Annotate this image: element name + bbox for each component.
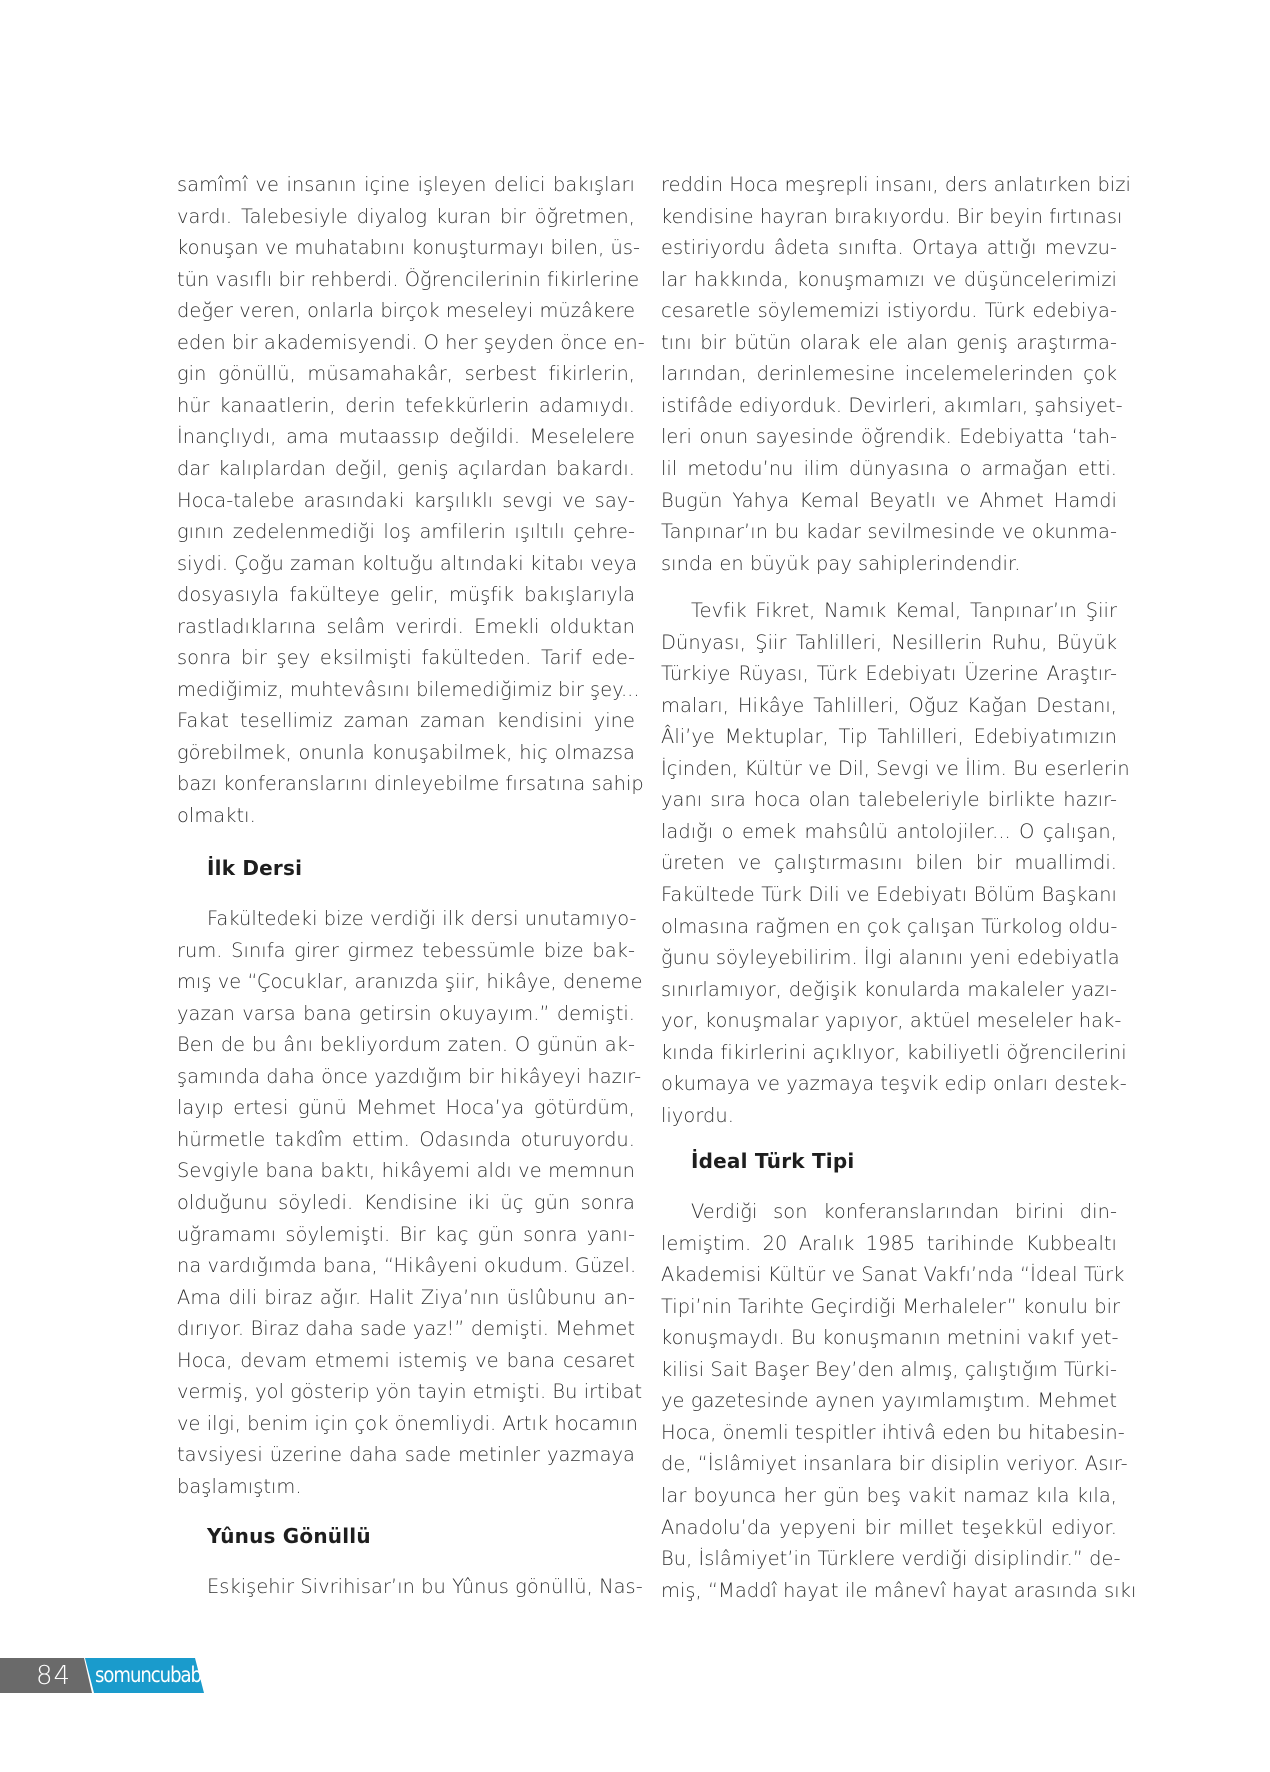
paragraph-line: lemiştim. 20 Aralık 1985 tarihinde Kubbe… — [661, 1228, 1117, 1259]
paragraph-line: ladığı o emek mahsûlü antolojiler... O ç… — [661, 816, 1117, 847]
paragraph-line: lar boyunca her gün beş vakit namaz kıla… — [661, 1480, 1117, 1511]
paragraph-line: sonra bir şey eksilmişti fakülteden. Tar… — [177, 642, 635, 673]
paragraph-line: Fakat tesellimiz zaman zaman kendisini y… — [177, 705, 635, 736]
paragraph-line: sınırlamıyor, değişik konularda makalele… — [661, 974, 1117, 1005]
paragraph-line: Anadolu’da yepyeni bir millet teşekkül e… — [661, 1512, 1117, 1543]
paragraph-line: Tipi’nin Tarihte Geçirdiği Merhaleler” k… — [661, 1291, 1117, 1322]
paragraph-line: Fakültedeki bize verdiği ilk dersi unuta… — [177, 903, 635, 934]
paragraph-line: reddin Hoca meşrepli insanı, ders anlatı… — [661, 169, 1117, 200]
paragraph-line: vardı. Talebesiyle diyalog kuran bir öğr… — [177, 201, 635, 232]
paragraph-line: dar kalıplardan değil, geniş açılardan b… — [177, 453, 635, 484]
paragraph-line: okumaya ve yazmaya teşvik edip onları de… — [661, 1068, 1117, 1099]
paragraph-line: lar hakkında, konuşmamızı ve düşünceleri… — [661, 264, 1117, 295]
paragraph-line: Âli’ye Mektuplar, Tip Tahlilleri, Edebiy… — [661, 721, 1117, 752]
paragraph-line: Verdiği son konferanslarından birini din… — [661, 1196, 1117, 1227]
paragraph-line: ğunu söyleyebilirim. İlgi alanını yeni e… — [661, 942, 1117, 973]
paragraph-line: gının zedelenmediği loş amfilerin ışıltı… — [177, 516, 635, 547]
paragraph-line: konuşmaydı. Bu konuşmanın metnini vakıf … — [661, 1322, 1117, 1353]
paragraph-line: uğramamı söylemişti. Bir kaç gün sonra y… — [177, 1219, 635, 1250]
paragraph-line: bazı konferanslarını dinleyebilme fırsat… — [177, 768, 635, 799]
paragraph-line: üreten ve çalıştırmasını bilen bir muall… — [661, 847, 1117, 878]
paragraph-line: dosyasıyla fakülteye gelir, müşfik bakış… — [177, 579, 635, 610]
paragraph-line: rum. Sınıfa girer girmez tebessümle bize… — [177, 935, 635, 966]
paragraph-line: dırıyor. Biraz daha sade yaz!” demişti. … — [177, 1313, 635, 1344]
paragraph-line: rastladıklarına selâm verirdi. Emekli ol… — [177, 611, 635, 642]
paragraph-line: olmasına rağmen en çok çalışan Türkolog … — [661, 911, 1117, 942]
paragraph-line: liyordu. — [661, 1100, 1117, 1131]
paragraph-line: yor, konuşmalar yapıyor, aktüel meselele… — [661, 1005, 1117, 1036]
paragraph-line: değer veren, onlarla birçok meseleyi müz… — [177, 295, 635, 326]
magazine-page: samîmî ve insanın içine işleyen delici b… — [0, 0, 1270, 1772]
paragraph-line: Dünyası, Şiir Tahlilleri, Nesillerin Ruh… — [661, 627, 1117, 658]
paragraph-line: görebilmek, onunla konuşabilmek, hiç olm… — [177, 737, 635, 768]
paragraph-line: Eskişehir Sivrihisar’ın bu Yûnus gönüllü… — [177, 1571, 635, 1602]
paragraph-line: İçinden, Kültür ve Dil, Sevgi ve İlim. B… — [661, 753, 1117, 784]
paragraph-line: yazan varsa bana getirsin okuyayım.” dem… — [177, 998, 635, 1029]
paragraph-line: hürmetle takdîm ettim. Odasında oturuyor… — [177, 1124, 635, 1155]
section-heading: Yûnus Gönüllü — [207, 1521, 371, 1552]
paragraph-line: olduğunu söyledi. Kendisine iki üç gün s… — [177, 1187, 635, 1218]
page-number: 84 — [36, 1658, 71, 1693]
paragraph-line: larından, derinlemesine incelemelerinden… — [661, 358, 1117, 389]
paragraph-line: Tanpınar’ın bu kadar sevilmesinde ve oku… — [661, 516, 1117, 547]
paragraph-line: konuşan ve muhatabını konuşturmayı bilen… — [177, 232, 635, 263]
paragraph-line: hür kanaatlerin, derin tefekkürlerin ada… — [177, 390, 635, 421]
paragraph-line: Akademisi Kültür ve Sanat Vakfı’nda “İde… — [661, 1259, 1117, 1290]
paragraph-line: samîmî ve insanın içine işleyen delici b… — [177, 169, 635, 200]
paragraph-line: İnançlıydı, ama mutaassıp değildi. Mesel… — [177, 421, 635, 452]
paragraph-line: Ama dili biraz ağır. Halit Ziya’nın üslû… — [177, 1282, 635, 1313]
paragraph-line: miş, “Maddî hayat ile mânevî hayat arası… — [661, 1575, 1117, 1606]
paragraph-line: gin gönüllü, müsamahakâr, serbest fikirl… — [177, 358, 635, 389]
paragraph-line: mış ve “Çocuklar, aranızda şiir, hikâye,… — [177, 966, 635, 997]
section-heading: İlk Dersi — [207, 853, 302, 884]
paragraph-line: kendisine hayran bırakıyordu. Bir beyin … — [661, 201, 1117, 232]
paragraph-line: leri onun sayesinde öğrendik. Edebiyatta… — [661, 421, 1117, 452]
paragraph-line: Hoca, devam etmemi istemiş ve bana cesar… — [177, 1345, 635, 1376]
paragraph-line: kında fikirlerini açıklıyor, kabiliyetli… — [661, 1037, 1117, 1068]
section-heading: İdeal Türk Tipi — [691, 1146, 854, 1177]
paragraph-line: sında en büyük pay sahiplerindendir. — [661, 548, 1117, 579]
paragraph-line: tını bir bütün olarak ele alan geniş ara… — [661, 327, 1117, 358]
paragraph-line: na vardığımda bana, “Hikâyeni okudum. Gü… — [177, 1250, 635, 1281]
paragraph-line: layıp ertesi günü Mehmet Hoca’ya götürdü… — [177, 1092, 635, 1123]
paragraph-line: lil metodu’nu ilim dünyasına o armağan e… — [661, 453, 1117, 484]
paragraph-line: şamında daha önce yazdığım bir hikâyeyi … — [177, 1061, 635, 1092]
paragraph-line: kilisi Sait Başer Bey’den almış, çalıştı… — [661, 1354, 1117, 1385]
paragraph-line: mediğimiz, muhtevâsını bilemediğimiz bir… — [177, 674, 635, 705]
paragraph-line: Hoca-talebe arasındaki karşılıklı sevgi … — [177, 485, 635, 516]
paragraph-line: Bugün Yahya Kemal Beyatlı ve Ahmet Hamdi — [661, 485, 1117, 516]
paragraph-line: Sevgiyle bana baktı, hikâyemi aldı ve me… — [177, 1155, 635, 1186]
paragraph-line: ve ilgi, benim için çok önemliydi. Artık… — [177, 1408, 635, 1439]
paragraph-line: eden bir akademisyendi. O her şeyden önc… — [177, 327, 635, 358]
paragraph-line: estiriyordu âdeta sınıfta. Ortaya attığı… — [661, 232, 1117, 263]
paragraph-line: vermiş, yol gösterip yön tayin etmişti. … — [177, 1376, 635, 1407]
brand-logo-text: somuncubaba — [95, 1658, 211, 1693]
paragraph-line: Türkiye Rüyası, Türk Edebiyatı Üzerine A… — [661, 658, 1117, 689]
paragraph-line: Tevfik Fikret, Namık Kemal, Tanpınar’ın … — [661, 595, 1117, 626]
paragraph-line: tün vasıflı bir rehberdi. Öğrencilerinin… — [177, 264, 635, 295]
paragraph-line: cesaretle söylememizi istiyordu. Türk ed… — [661, 295, 1117, 326]
paragraph-line: de, “İslâmiyet insanlara bir disiplin ve… — [661, 1448, 1117, 1479]
paragraph-line: tavsiyesi üzerine daha sade metinler yaz… — [177, 1439, 635, 1470]
paragraph-line: yanı sıra hoca olan talebeleriyle birlik… — [661, 784, 1117, 815]
paragraph-line: Ben de bu ânı bekliyordum zaten. O günün… — [177, 1029, 635, 1060]
page-footer: 84 somuncubaba — [0, 1658, 210, 1693]
paragraph-line: başlamıştım. — [177, 1471, 635, 1502]
paragraph-line: ye gazetesinde aynen yayımlamıştım. Mehm… — [661, 1385, 1117, 1416]
paragraph-line: Hoca, önemli tespitler ihtivâ eden bu hi… — [661, 1417, 1117, 1448]
paragraph-line: maları, Hikâye Tahlilleri, Oğuz Kağan De… — [661, 690, 1117, 721]
paragraph-line: Fakültede Türk Dili ve Edebiyatı Bölüm B… — [661, 879, 1117, 910]
paragraph-line: istifâde ediyorduk. Devirleri, akımları,… — [661, 390, 1117, 421]
paragraph-line: Bu, İslâmiyet’in Türklere verdiği disipl… — [661, 1543, 1117, 1574]
paragraph-line: olmaktı. — [177, 800, 635, 831]
paragraph-line: siydi. Çoğu zaman koltuğu altındaki kita… — [177, 548, 635, 579]
